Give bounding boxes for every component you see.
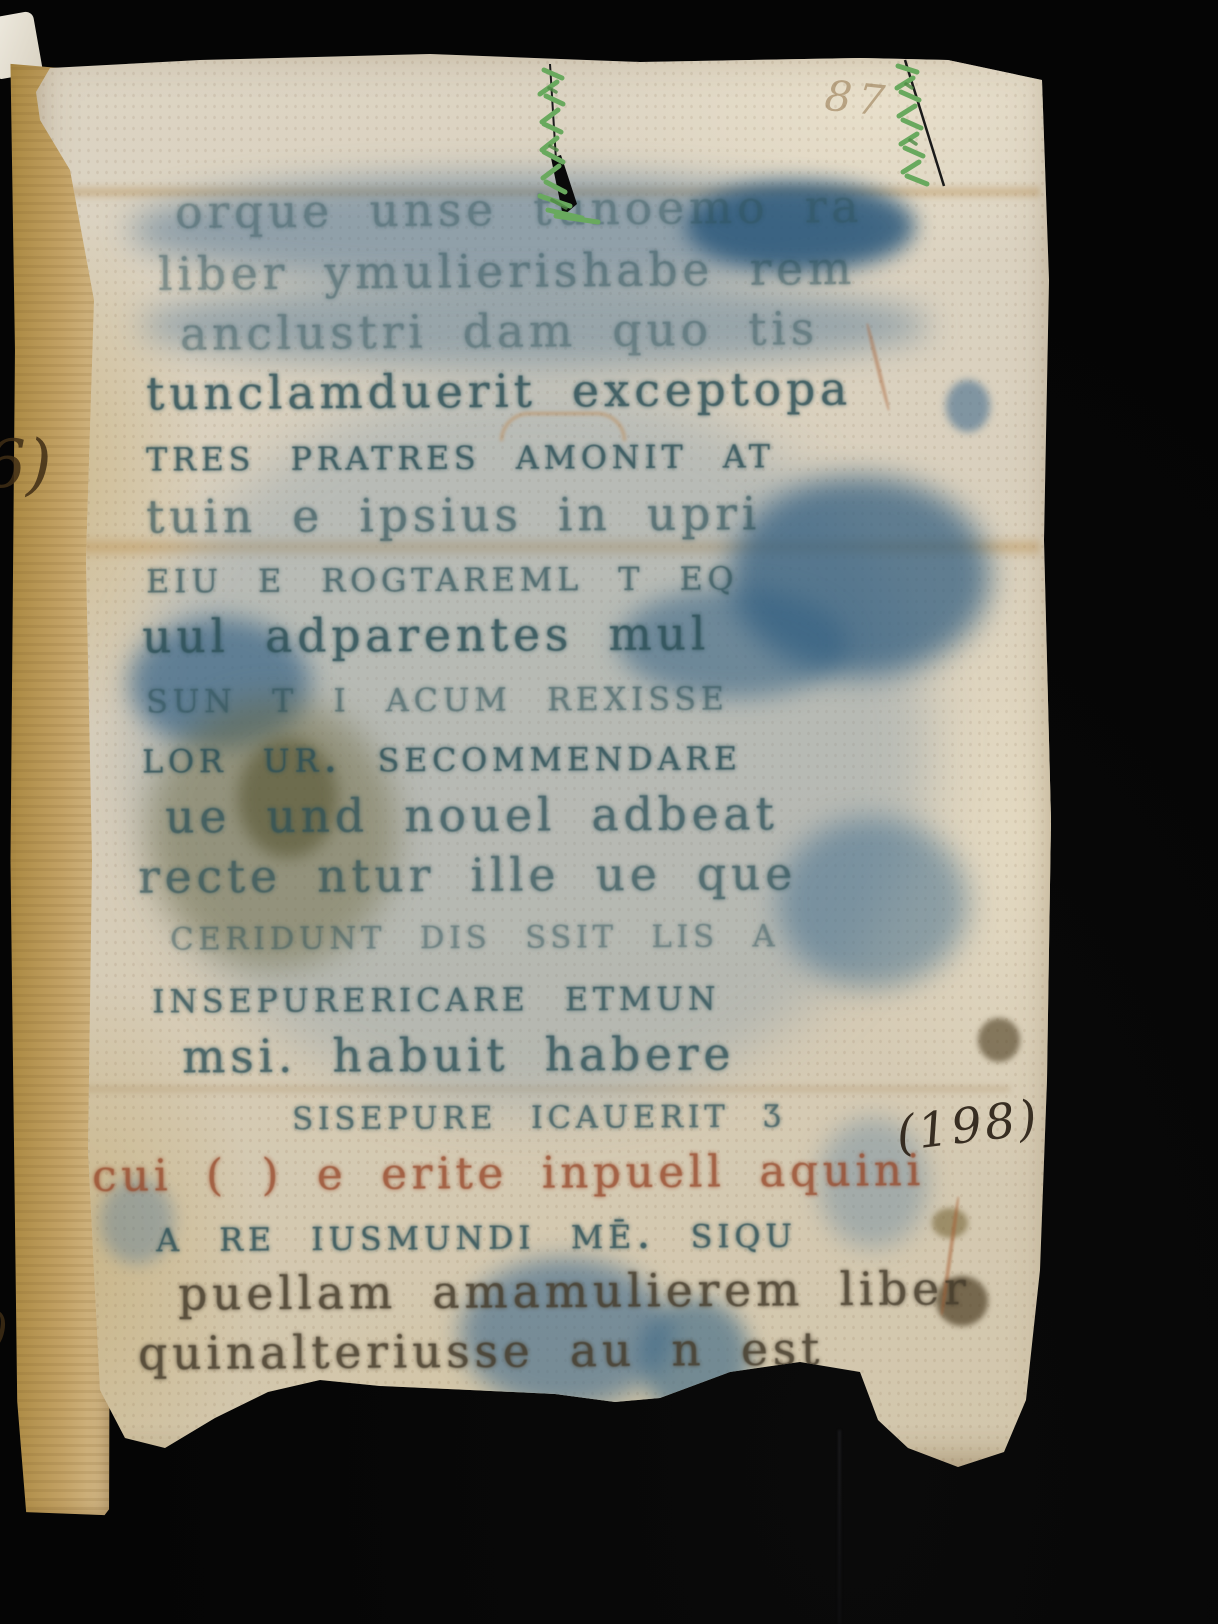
manuscript-text-line: quinalteriusse au n est (138, 1326, 824, 1377)
manuscript-text-line: anclustri dam quo tis (180, 305, 819, 357)
manuscript-text-line: sun t i acum rexisse (146, 670, 729, 719)
manuscript-text-block: orque unse tunoemo raliber ymulierishabe… (30, 46, 1060, 1476)
manuscript-text-line: msi. habuit habere (182, 1031, 735, 1080)
manuscript-text-line: ceridunt dis ssit lis a (170, 910, 779, 957)
manuscript-page: orque unse tunoemo raliber ymulierishabe… (30, 46, 1060, 1476)
margin-mark-lower: ) (0, 1306, 8, 1352)
manuscript-text-line: eiu e rogtareml t eq (146, 550, 738, 599)
manuscript-text-line: uul adparentes mul (142, 611, 710, 660)
manuscript-text-line: tunclamduerit exceptopa (146, 366, 852, 417)
manuscript-text-line: orque unse tunoemo ra (175, 183, 864, 235)
margin-mark-upper: 6) (0, 432, 52, 498)
manuscript-text-line: recte ntur ille ue que (138, 850, 797, 899)
manuscript-text-line: puellam amamulierem liber (178, 1265, 971, 1317)
manuscript-text-line: tuin e ipsius in upri (146, 490, 761, 539)
manuscript-text-line: cui ( ) e erite inpuell aquini (92, 1149, 925, 1199)
manuscript-text-line: tres pratres amonit at (146, 428, 775, 477)
manuscript-photograph: 6) ) orque unse tunoemo raliber ym (0, 0, 1218, 1624)
manuscript-text-line: lor ur. secommendare (142, 730, 742, 779)
manuscript-text-line: a re iusmundi mē. siqu (156, 1208, 797, 1258)
manuscript-text-line: ue und nouel adbeat (165, 790, 779, 839)
background-fabric-seam (838, 1430, 841, 1624)
manuscript-text-line: sisepure icauerit ʒ (292, 1091, 785, 1138)
manuscript-text-line: insepurericare etmun (152, 971, 720, 1020)
folio-number: 87 (823, 71, 893, 127)
manuscript-text-line: liber ymulierishabe rem (158, 245, 856, 297)
